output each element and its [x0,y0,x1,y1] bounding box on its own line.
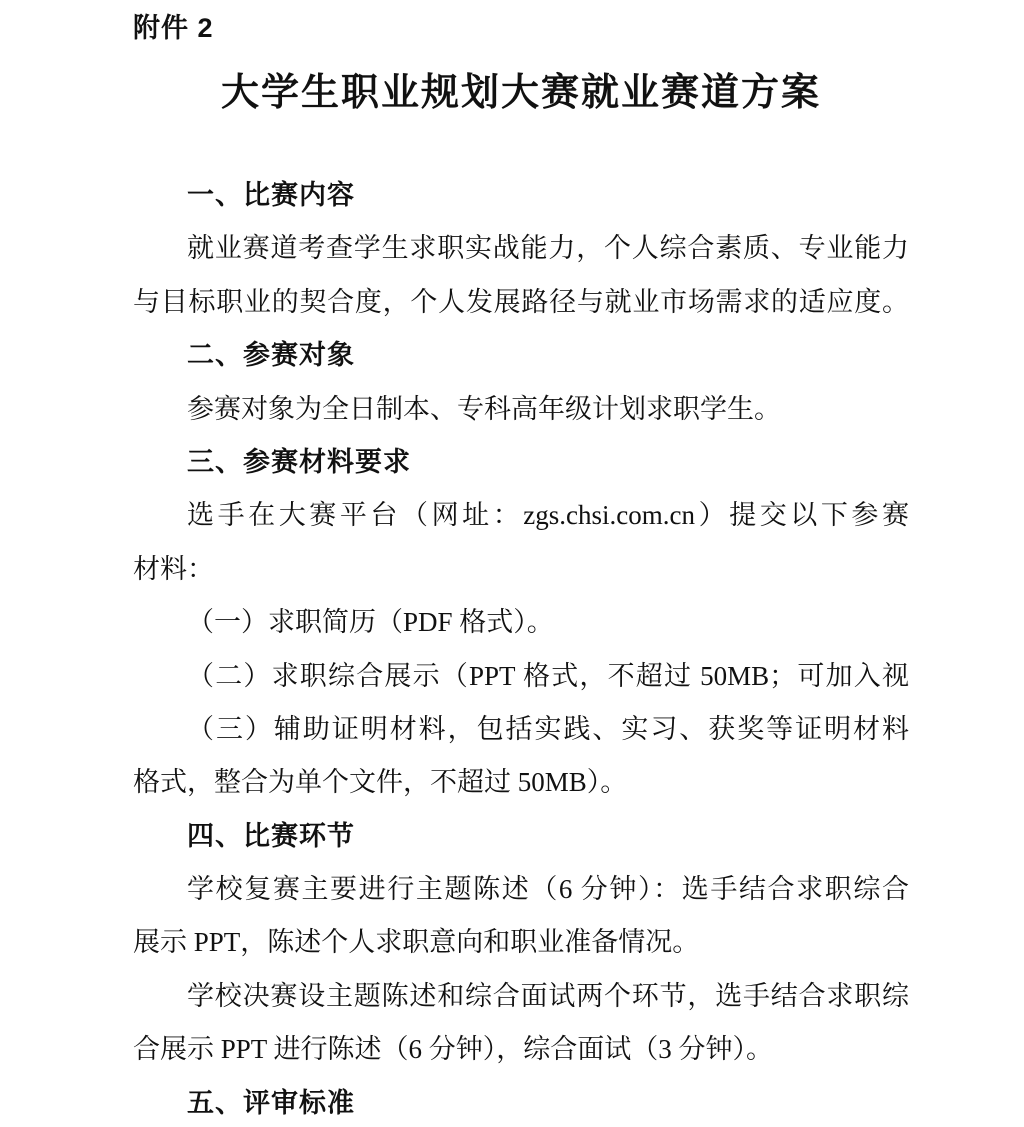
paragraph-line: 参赛对象为全日制本、专科高年级计划求职学生。 [133,383,909,436]
paragraph-line: 选手在大赛平台（网址：zgs.chsi.com.cn）提交以下参赛 [133,489,909,542]
paragraph-line-item-3: （三）辅助证明材料，包括实践、实习、获奖等证明材料（PDF [133,703,909,756]
section-heading-evaluation-criteria: 五、评审标准 [133,1077,909,1127]
section-heading-participants: 二、参赛对象 [133,329,909,382]
paragraph-line: 学校决赛设主题陈述和综合面试两个环节，选手结合求职综 [133,970,909,1023]
attachment-label: 附件 2 [133,8,909,48]
document-title: 大学生职业规划大赛就业赛道方案 [133,64,909,122]
document-content: 附件 2 大学生职业规划大赛就业赛道方案 一、比赛内容 就业赛道考查学生求职实战… [133,0,909,1127]
document-body: 一、比赛内容 就业赛道考查学生求职实战能力，个人综合素质、专业能力 与目标职业的… [133,169,909,1127]
paragraph-line-item-2: （二）求职综合展示（PPT 格式，不超过 50MB；可加入视频）。 [133,650,909,703]
paragraph-line: 格式，整合为单个文件，不超过 50MB）。 [133,756,909,809]
paragraph-line: 合展示 PPT 进行陈述（6 分钟），综合面试（3 分钟）。 [133,1023,909,1076]
paragraph-line: 与目标职业的契合度，个人发展路径与就业市场需求的适应度。 [133,276,909,329]
paragraph-line-item-1: （一）求职简历（PDF 格式）。 [133,596,909,649]
paragraph-line: 学校复赛主要进行主题陈述（6 分钟）：选手结合求职综合 [133,863,909,916]
paragraph-line: 材料： [133,543,909,596]
section-heading-competition-content: 一、比赛内容 [133,169,909,222]
document-page: 附件 2 大学生职业规划大赛就业赛道方案 一、比赛内容 就业赛道考查学生求职实战… [0,0,1024,1127]
section-heading-material-requirements: 三、参赛材料要求 [133,436,909,489]
paragraph-line: 展示 PPT，陈述个人求职意向和职业准备情况。 [133,916,909,969]
paragraph-line: 就业赛道考查学生求职实战能力，个人综合素质、专业能力 [133,222,909,275]
section-heading-competition-stages: 四、比赛环节 [133,810,909,863]
